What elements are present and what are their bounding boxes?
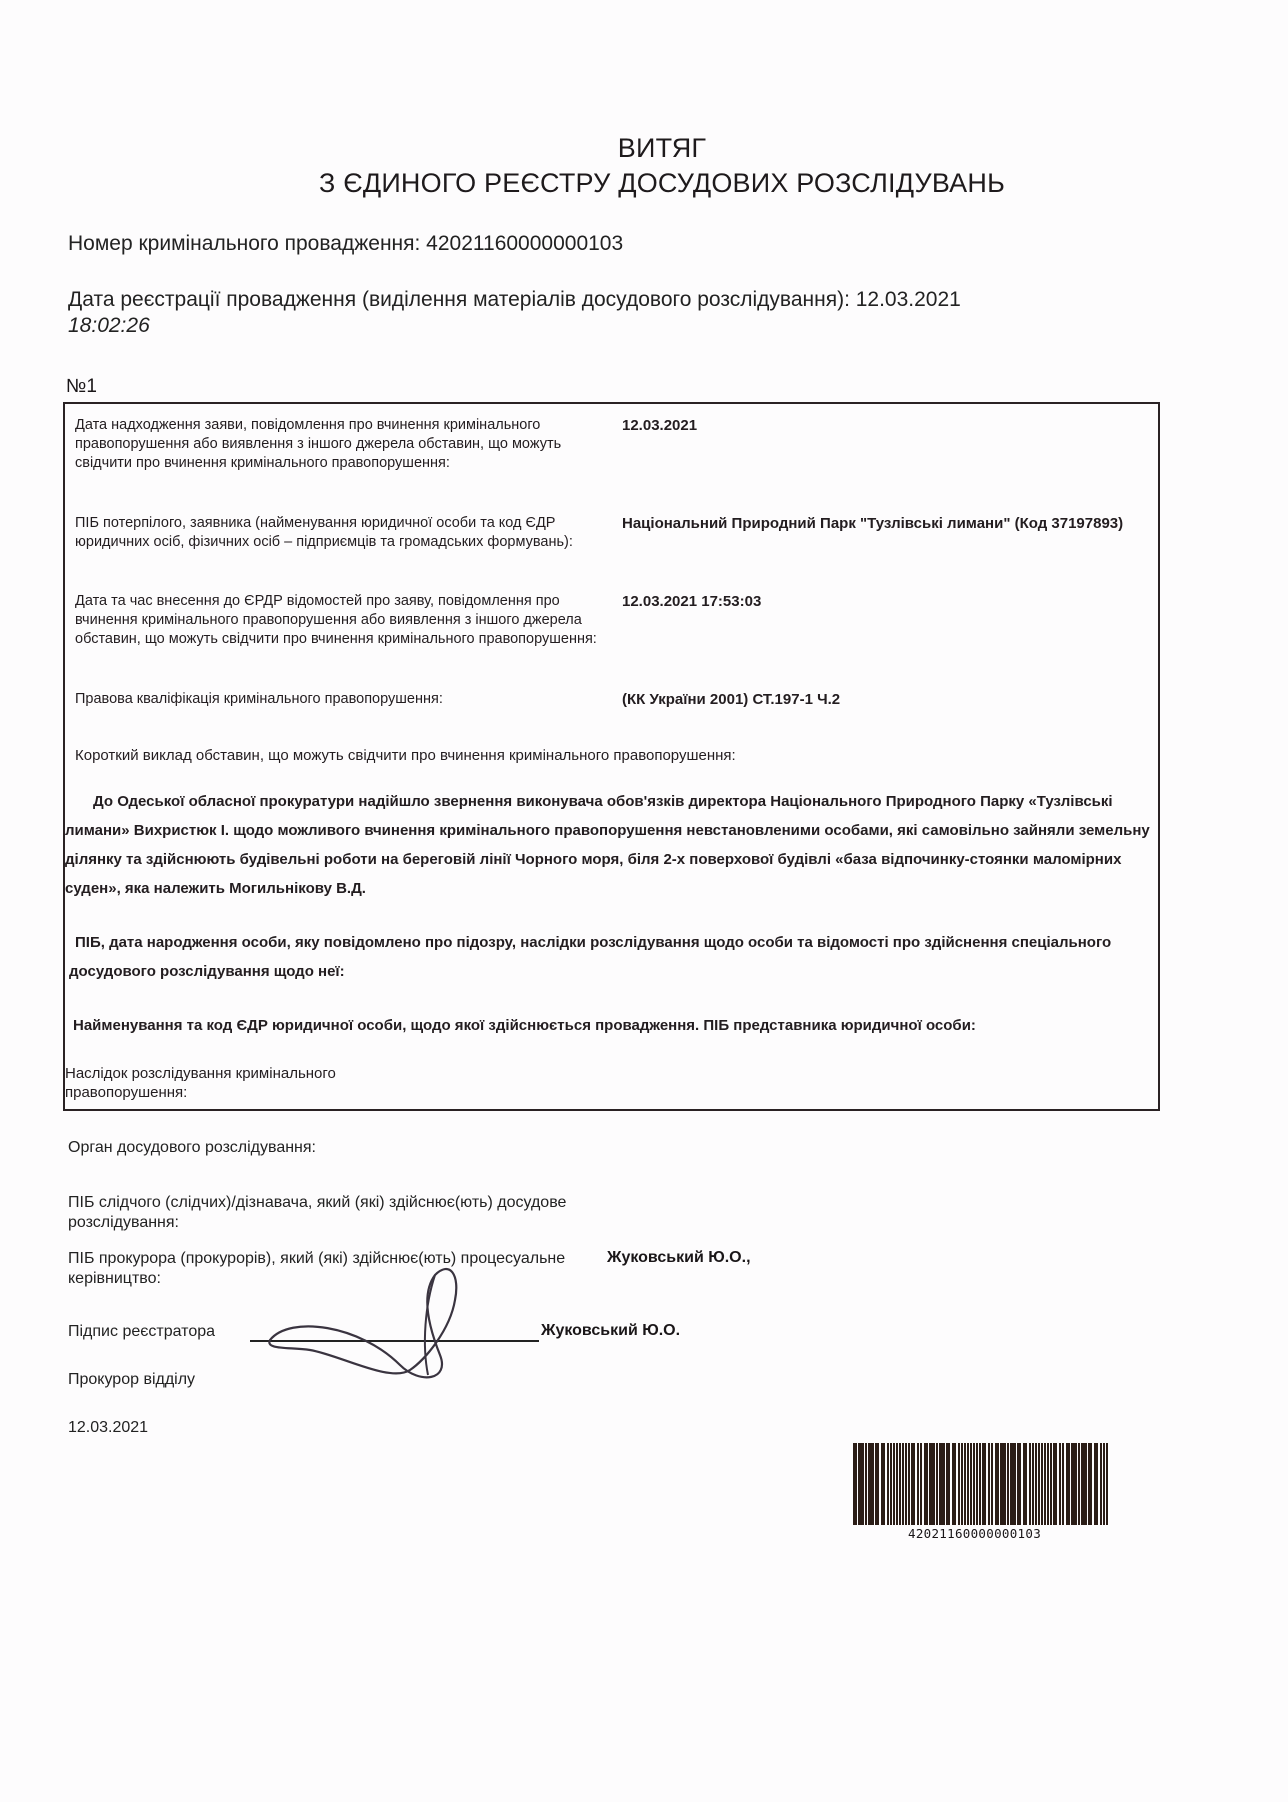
investigator-label: ПІБ слідчого (слідчих)/дізнавача, який (… (68, 1193, 628, 1233)
barcode-icon (853, 1443, 1108, 1525)
barcode-number: 42021160000000103 (908, 1526, 1041, 1541)
row-value-entry-datetime: 12.03.2021 17:53:03 (622, 592, 1152, 611)
summary-text: До Одеської обласної прокуратури надійшл… (65, 787, 1155, 903)
case-number: Номер кримінального провадження: 4202116… (68, 232, 623, 256)
row-label-receipt-date: Дата надходження заяви, повідомлення про… (75, 416, 620, 473)
registrar-signature-label: Підпис реєстратора (68, 1322, 215, 1342)
result-heading: Наслідок розслідування кримінального пра… (65, 1064, 395, 1102)
investigation-body-label: Орган досудового розслідування: (68, 1138, 316, 1158)
row-label-victim: ПІБ потерпілого, заявника (найменування … (75, 514, 620, 552)
legal-entity-heading: Найменування та код ЄДР юридичної особи,… (73, 1016, 976, 1035)
row-label-entry-datetime: Дата та час внесення до ЄРДР відомостей … (75, 592, 620, 649)
handwritten-signature-icon (250, 1255, 490, 1395)
document-title: ВИТЯГ (18, 133, 1288, 164)
department-label: Прокурор відділу (68, 1370, 195, 1390)
entry-number: №1 (66, 376, 97, 398)
row-value-receipt-date: 12.03.2021 (622, 416, 1152, 435)
register-entry-table: Дата надходження заяви, повідомлення про… (63, 402, 1160, 1111)
registrar-name: Жуковський Ю.О. (541, 1322, 680, 1340)
row-value-legal-qualification: (КК України 2001) СТ.197-1 Ч.2 (622, 690, 1152, 709)
row-value-victim: Національний Природний Парк "Тузлівські … (622, 514, 1152, 533)
document-subtitle: З ЄДИНОГО РЕЄСТРУ ДОСУДОВИХ РОЗСЛІДУВАНЬ (18, 168, 1288, 199)
registration-time: 18:02:26 (68, 314, 150, 338)
registration-date: Дата реєстрації провадження (виділення м… (68, 288, 961, 312)
document-date: 12.03.2021 (68, 1418, 148, 1438)
prosecutor-name: Жуковський Ю.О., (607, 1249, 751, 1267)
row-label-legal-qualification: Правова кваліфікація кримінального право… (75, 690, 620, 709)
summary-heading: Короткий виклад обставин, що можуть свід… (75, 746, 736, 765)
suspect-heading: ПІБ, дата народження особи, яку повідомл… (69, 928, 1154, 986)
